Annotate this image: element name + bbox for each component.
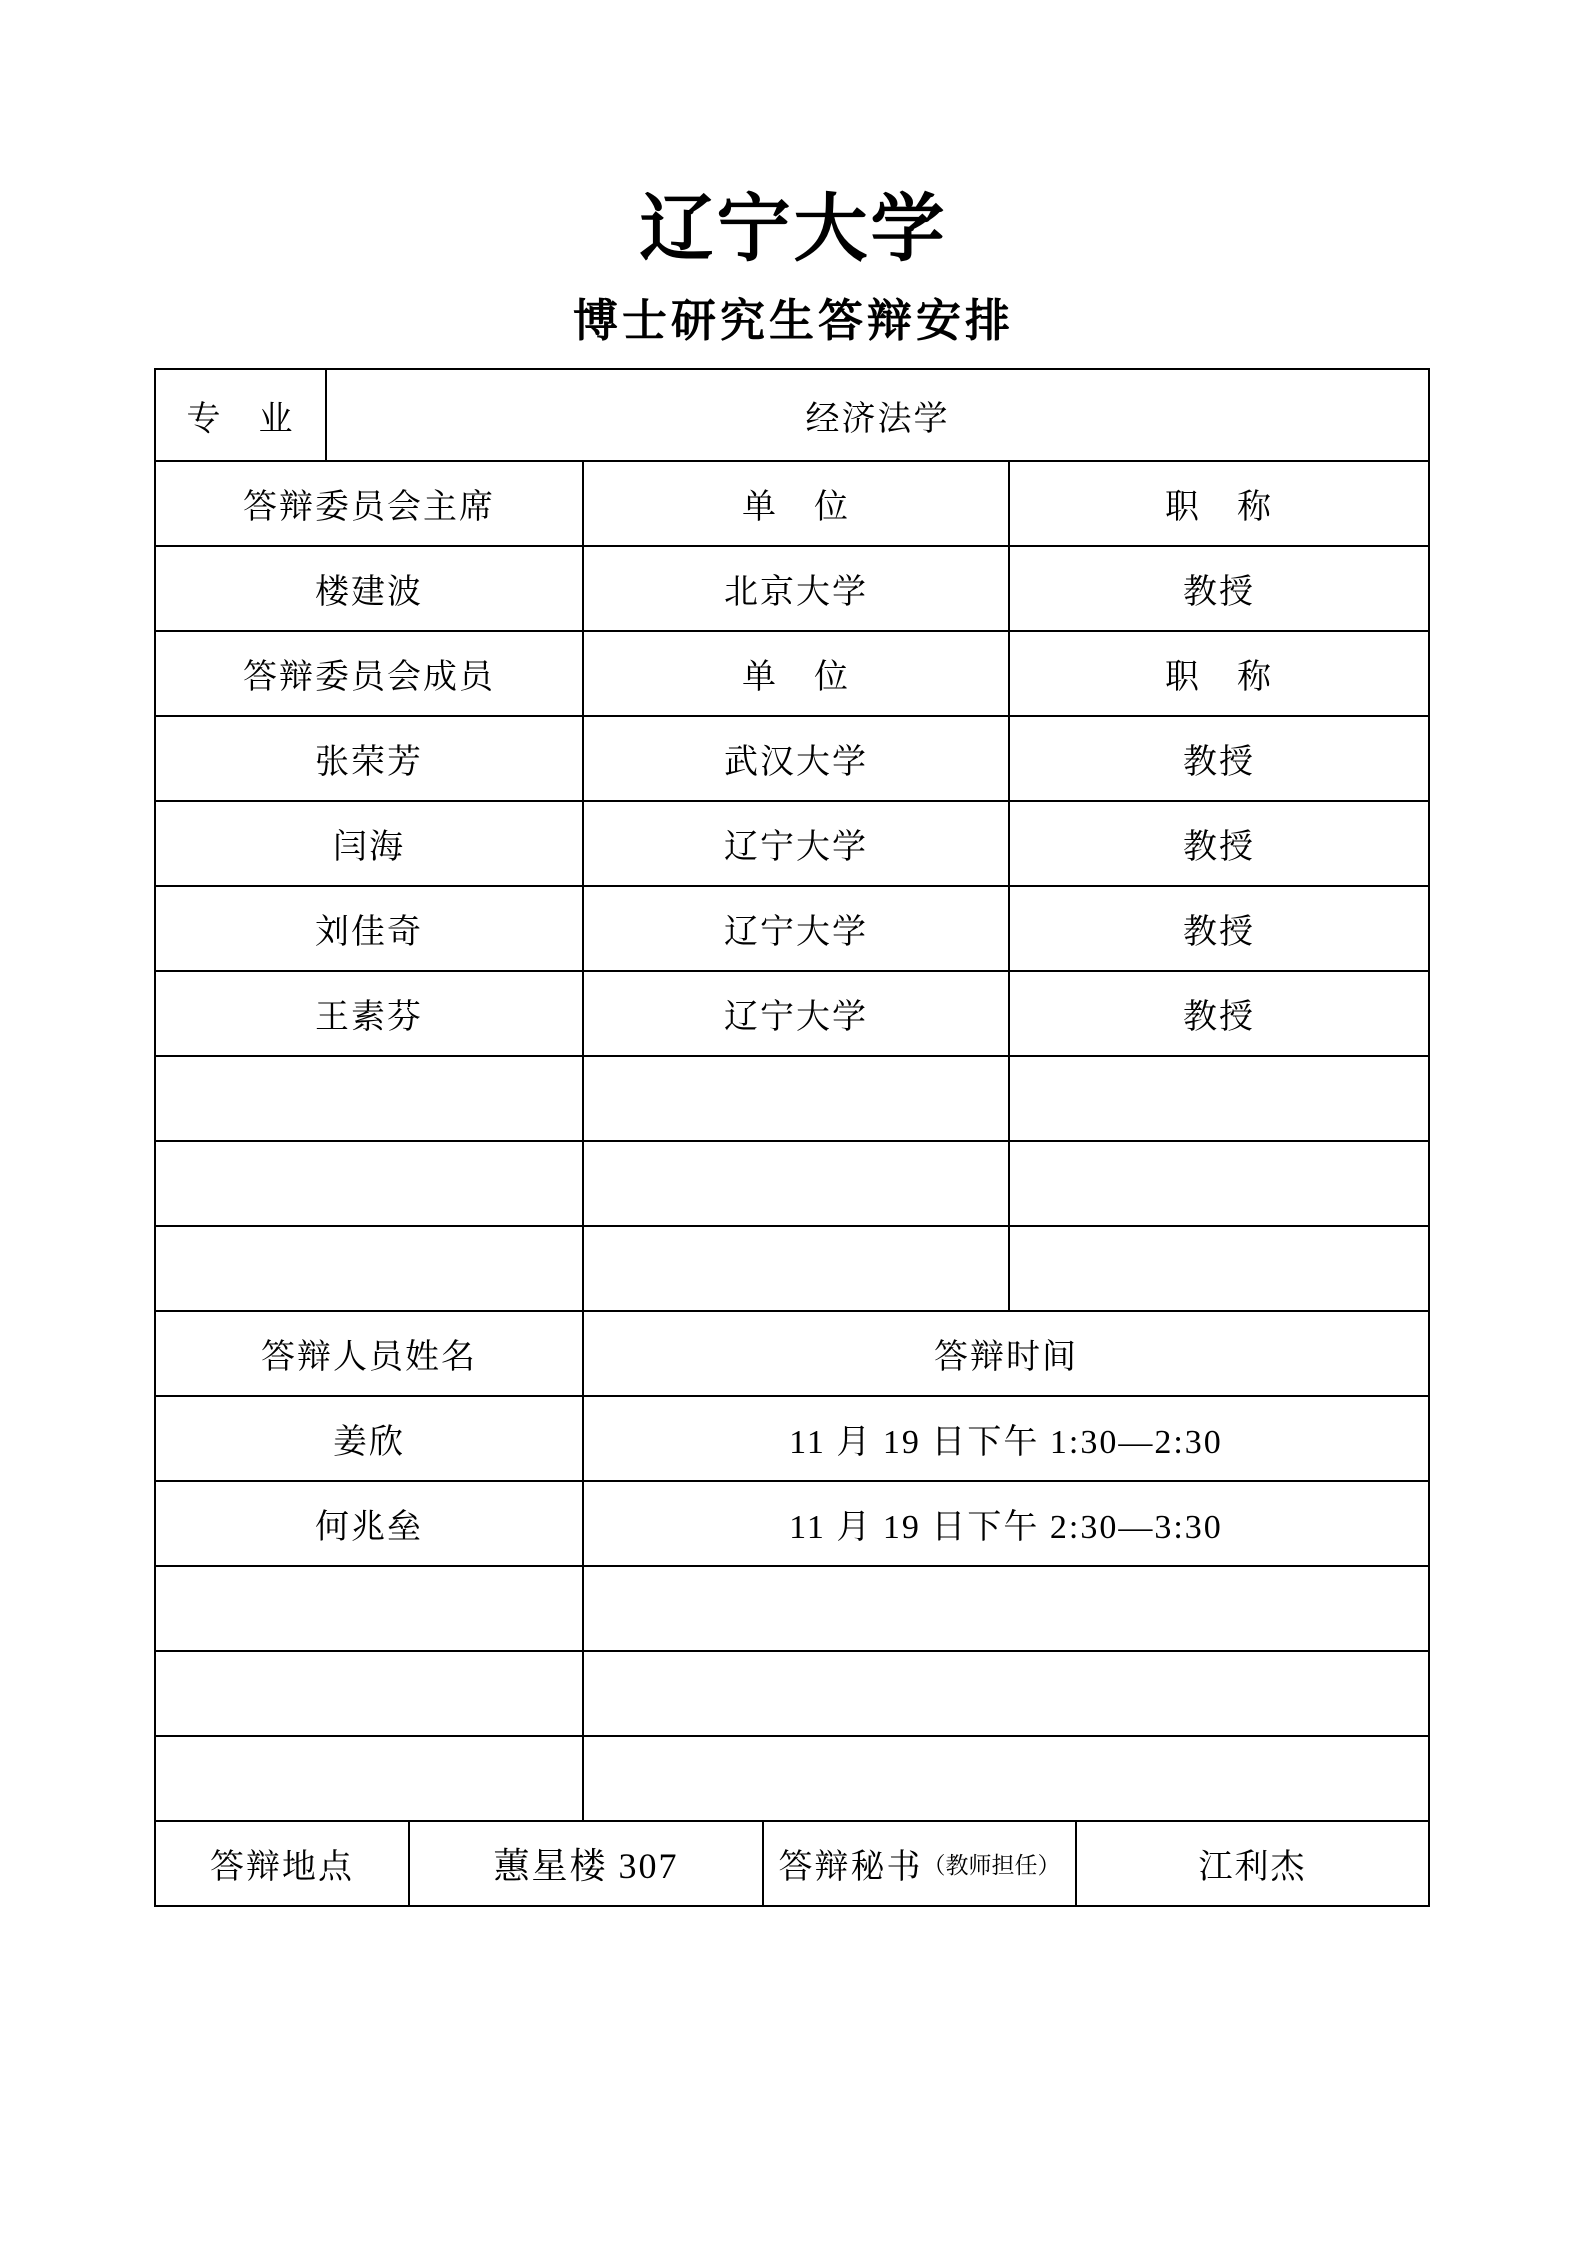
defense-row: 姜欣 11 月 19 日下午 1:30—2:30 bbox=[156, 1395, 1428, 1480]
defendant-header-label: 答辩人员姓名 bbox=[156, 1312, 582, 1395]
secretary-name: 江利杰 bbox=[1075, 1822, 1428, 1905]
defense-time-cell: 11 月 19 日下午 1:30—2:30 bbox=[582, 1397, 1428, 1480]
member-row-empty bbox=[156, 1225, 1428, 1310]
chair-row: 楼建波 北京大学 教授 bbox=[156, 545, 1428, 630]
member-name-cell: 刘佳奇 bbox=[156, 887, 582, 970]
member-unit-cell: 辽宁大学 bbox=[582, 887, 1008, 970]
member-name-cell: 王素芬 bbox=[156, 972, 582, 1055]
defense-schedule-table: 专 业 经济法学 答辩委员会主席 单 位 职 称 楼建波 北京大学 教授 答辩委… bbox=[154, 368, 1430, 1907]
page-title: 辽宁大学 bbox=[0, 186, 1587, 272]
title-header-label: 职 称 bbox=[1008, 632, 1428, 715]
defendant-name-cell bbox=[156, 1652, 582, 1735]
member-name-cell bbox=[156, 1227, 582, 1310]
member-title-cell bbox=[1008, 1142, 1428, 1225]
title-header-label: 职 称 bbox=[1008, 462, 1428, 545]
secretary-label-main: 答辩秘书 bbox=[779, 1839, 923, 1888]
members-header-row: 答辩委员会成员 单 位 职 称 bbox=[156, 630, 1428, 715]
chair-header-row: 答辩委员会主席 单 位 职 称 bbox=[156, 460, 1428, 545]
member-unit-cell: 辽宁大学 bbox=[582, 972, 1008, 1055]
member-unit-cell: 辽宁大学 bbox=[582, 802, 1008, 885]
defense-time-header-label: 答辩时间 bbox=[582, 1312, 1428, 1395]
member-unit-cell bbox=[582, 1057, 1008, 1140]
defense-row: 何兆垒 11 月 19 日下午 2:30—3:30 bbox=[156, 1480, 1428, 1565]
member-title-cell: 教授 bbox=[1008, 887, 1428, 970]
member-title-cell bbox=[1008, 1057, 1428, 1140]
chair-name-cell: 楼建波 bbox=[156, 547, 582, 630]
chair-unit-cell: 北京大学 bbox=[582, 547, 1008, 630]
defense-time-cell bbox=[582, 1652, 1428, 1735]
member-name-cell: 闫海 bbox=[156, 802, 582, 885]
member-unit-cell bbox=[582, 1227, 1008, 1310]
defense-time-cell bbox=[582, 1567, 1428, 1650]
defense-row-empty bbox=[156, 1650, 1428, 1735]
secretary-label: 答辩秘书（教师担任） bbox=[762, 1822, 1075, 1905]
location-value: 蕙星楼 307 bbox=[408, 1822, 762, 1905]
document-page: 辽宁大学 博士研究生答辩安排 专 业 经济法学 答辩委员会主席 单 位 职 称 … bbox=[0, 0, 1587, 2245]
member-name-cell: 张荣芳 bbox=[156, 717, 582, 800]
member-row-empty bbox=[156, 1140, 1428, 1225]
major-label: 专 业 bbox=[156, 370, 325, 460]
defense-row-empty bbox=[156, 1735, 1428, 1820]
member-row-empty bbox=[156, 1055, 1428, 1140]
defendant-name-cell: 姜欣 bbox=[156, 1397, 582, 1480]
page-subtitle: 博士研究生答辩安排 bbox=[0, 294, 1587, 348]
member-name-cell bbox=[156, 1057, 582, 1140]
member-name-cell bbox=[156, 1142, 582, 1225]
member-title-cell: 教授 bbox=[1008, 717, 1428, 800]
defense-time-cell: 11 月 19 日下午 2:30—3:30 bbox=[582, 1482, 1428, 1565]
members-header-label: 答辩委员会成员 bbox=[156, 632, 582, 715]
defendant-name-cell bbox=[156, 1567, 582, 1650]
member-row: 刘佳奇 辽宁大学 教授 bbox=[156, 885, 1428, 970]
member-unit-cell bbox=[582, 1142, 1008, 1225]
defense-header-row: 答辩人员姓名 答辩时间 bbox=[156, 1310, 1428, 1395]
chair-title-cell: 教授 bbox=[1008, 547, 1428, 630]
footer-row: 答辩地点 蕙星楼 307 答辩秘书（教师担任） 江利杰 bbox=[156, 1820, 1428, 1905]
unit-header-label: 单 位 bbox=[582, 632, 1008, 715]
member-title-cell: 教授 bbox=[1008, 972, 1428, 1055]
major-row: 专 业 经济法学 bbox=[156, 370, 1428, 460]
defendant-name-cell bbox=[156, 1737, 582, 1820]
member-unit-cell: 武汉大学 bbox=[582, 717, 1008, 800]
chair-header-label: 答辩委员会主席 bbox=[156, 462, 582, 545]
member-title-cell: 教授 bbox=[1008, 802, 1428, 885]
member-row: 王素芬 辽宁大学 教授 bbox=[156, 970, 1428, 1055]
defense-row-empty bbox=[156, 1565, 1428, 1650]
location-label: 答辩地点 bbox=[156, 1822, 408, 1905]
member-row: 张荣芳 武汉大学 教授 bbox=[156, 715, 1428, 800]
unit-header-label: 单 位 bbox=[582, 462, 1008, 545]
defendant-name-cell: 何兆垒 bbox=[156, 1482, 582, 1565]
major-value: 经济法学 bbox=[325, 370, 1428, 460]
defense-time-cell bbox=[582, 1737, 1428, 1820]
member-title-cell bbox=[1008, 1227, 1428, 1310]
member-row: 闫海 辽宁大学 教授 bbox=[156, 800, 1428, 885]
secretary-label-paren: （教师担任） bbox=[923, 1847, 1061, 1880]
